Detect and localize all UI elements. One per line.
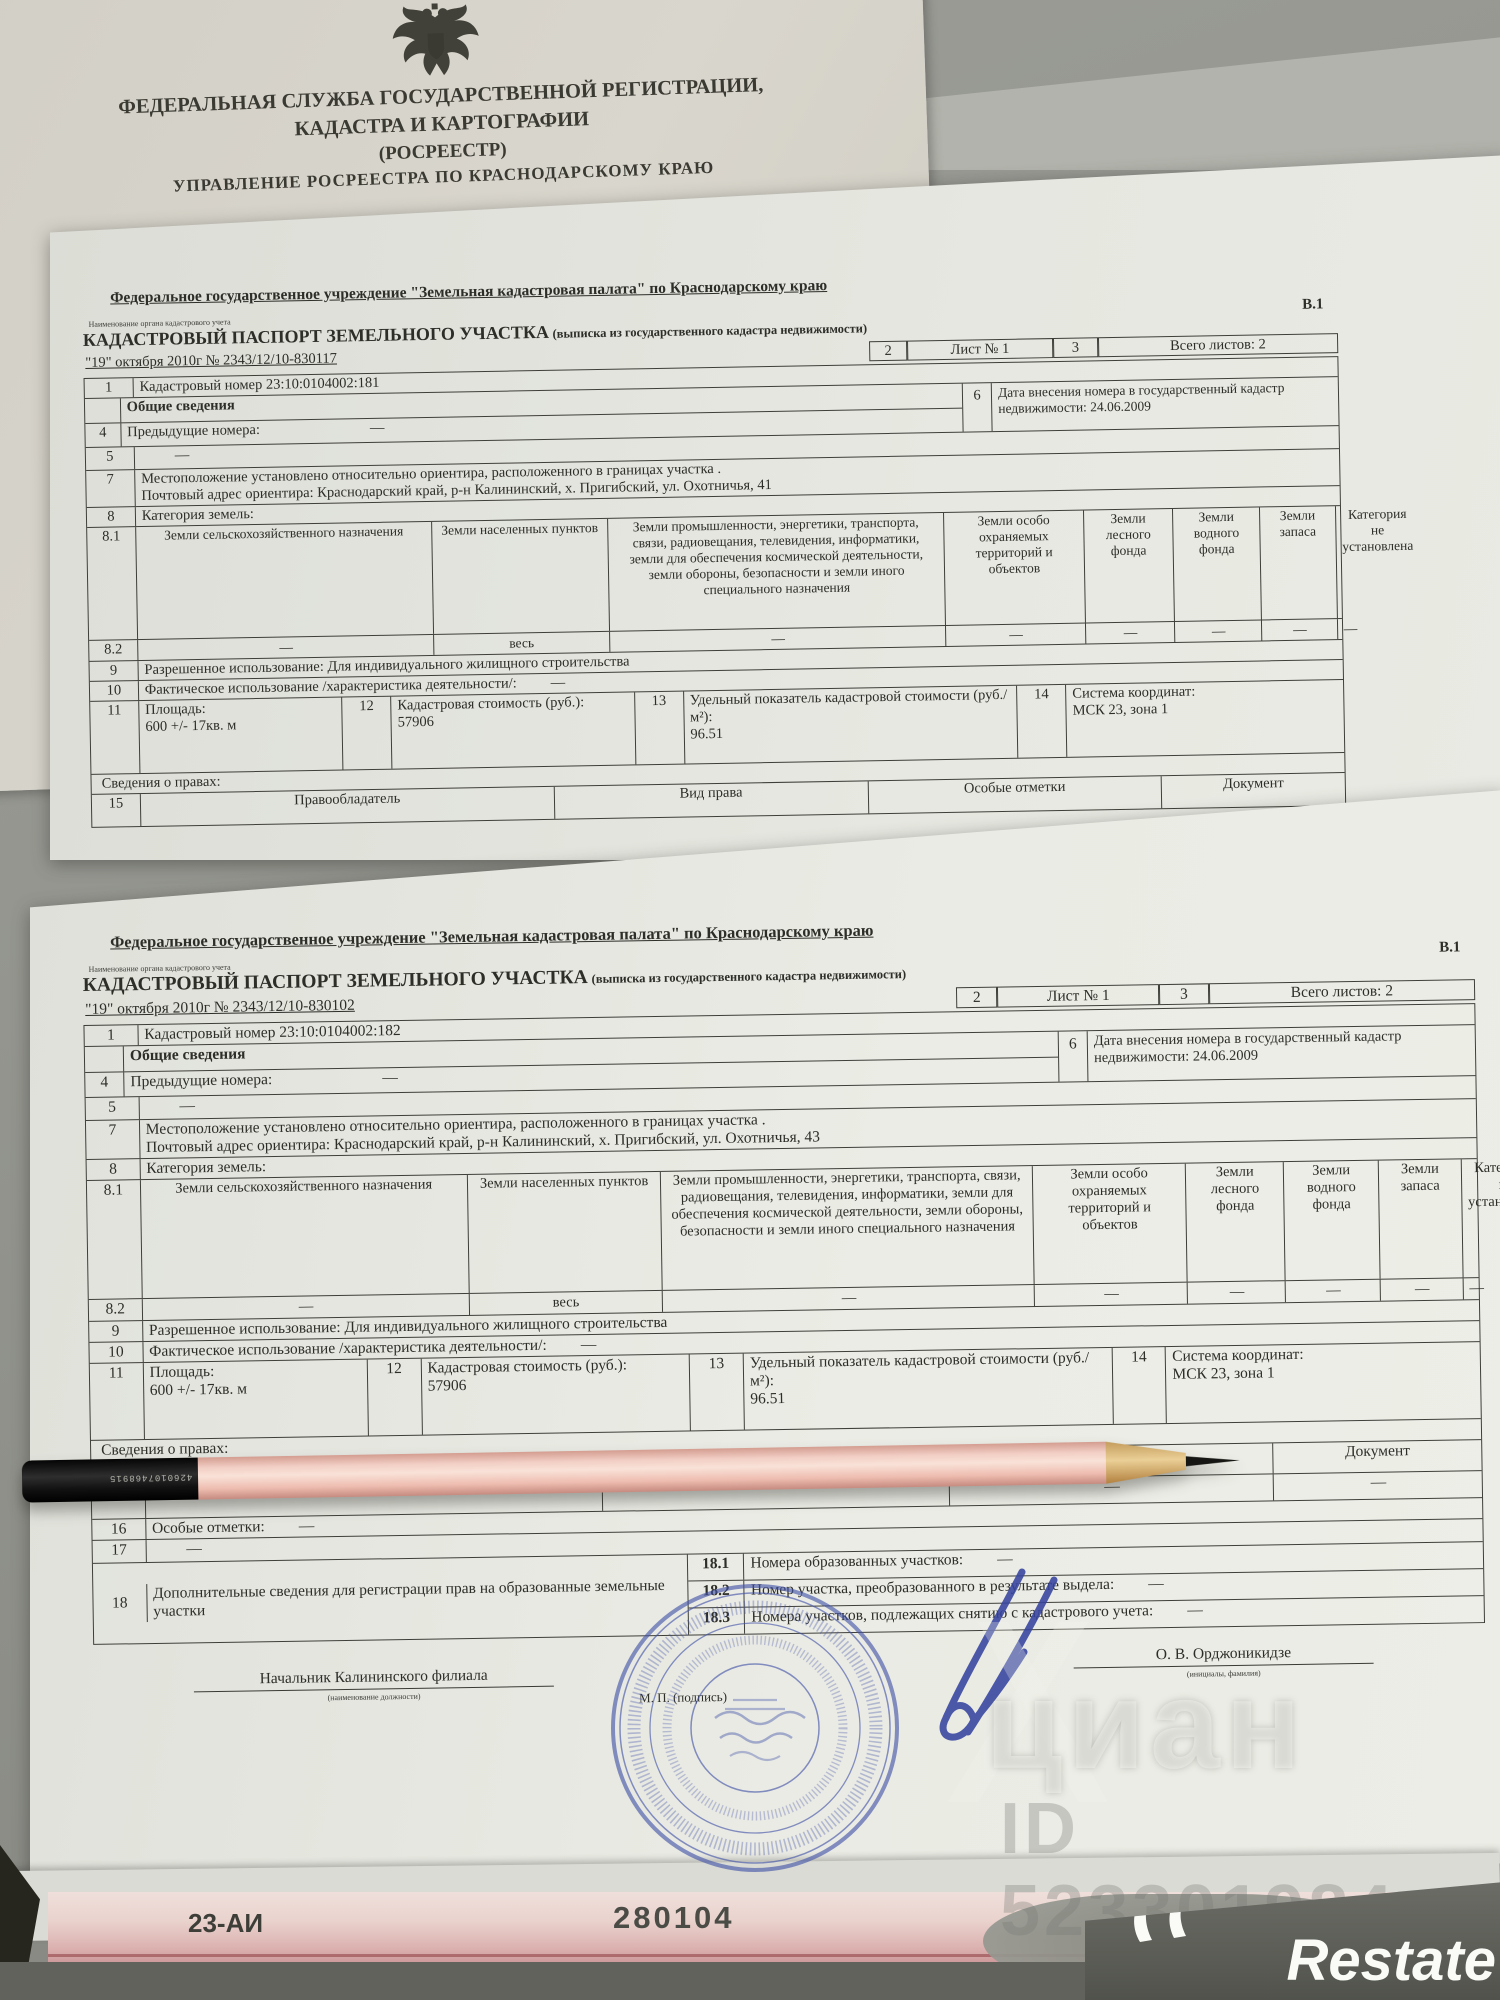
date-entry-box: 6 Дата внесения номера в государственный… — [1058, 1025, 1476, 1082]
pencil-black-end: 4260107468915 — [22, 1458, 199, 1503]
row-8-1-category-columns: 8.1 Земли сельскохозяйственного назначен… — [87, 1158, 1479, 1299]
pencil-barcode-digits: 4260107468915 — [109, 1472, 192, 1483]
form-code: В.1 — [1302, 296, 1324, 313]
coord-system-cell: Система координат:МСК 23, зона 1 — [1165, 1342, 1481, 1423]
certificate-series: 23-АИ — [188, 1908, 263, 1939]
date-entry: Дата внесения номера в государственный к… — [1087, 1025, 1476, 1081]
unit-cost-cell: Удельный показатель кадастровой стоимост… — [743, 1348, 1113, 1430]
cadastral-cost-cell: Кадастровая стоимость (руб.):57906 — [390, 692, 635, 768]
cadastral-passport-1: Федеральное государственное учреждение "… — [50, 155, 1500, 860]
category-value: весь — [433, 632, 609, 655]
restate-logo-text: Restate — [1286, 1927, 1496, 1994]
form-code: В.1 — [1439, 939, 1461, 956]
total-sheets: Всего листов: 2 — [1098, 333, 1339, 357]
header-cell-3: 3 — [1159, 983, 1209, 1005]
passport-table: 1 Кадастровый номер 23:10:0104002:181 Об… — [84, 356, 1347, 828]
cadastral-cost-cell: Кадастровая стоимость (руб.):57906 — [420, 1355, 690, 1435]
unit-cost-cell: Удельный показатель кадастровой стоимост… — [683, 686, 1018, 764]
round-blue-stamp — [605, 1578, 905, 1878]
header-cell-2: 2 — [956, 987, 997, 1009]
row-8-1-category-columns: 8.1 Земли сельскохозяйственного назначен… — [87, 505, 1342, 640]
passport-table: 1 Кадастровый номер 23:10:0104002:182 Об… — [83, 1003, 1485, 1645]
header-cell-3: 3 — [1053, 337, 1098, 358]
area-cell: Площадь:600 +/- 17кв. м — [138, 698, 343, 774]
official-position: Начальник Калининского филиала (наименов… — [194, 1666, 554, 1705]
pencil-sharpened-wood — [1106, 1440, 1187, 1483]
category-value: весь — [468, 1291, 662, 1315]
coord-system-cell: Система координат:МСК 23, зона 1 — [1065, 680, 1344, 757]
sheet-number: Лист № 1 — [997, 984, 1159, 1008]
sheet-number: Лист № 1 — [907, 338, 1054, 361]
header-cell-2: 2 — [869, 341, 906, 362]
area-cell: Площадь:600 +/- 17кв. м — [142, 1360, 367, 1440]
cian-watermark-text: циан — [985, 1652, 1306, 1797]
total-sheets: Всего листов: 2 — [1208, 979, 1475, 1004]
date-entry: Дата внесения номера в государственный к… — [991, 377, 1339, 431]
certificate-number: 280104 — [613, 1900, 734, 1936]
document-title-sub: (выписка из государственного кадастра не… — [592, 967, 907, 986]
pencil-lead-tip — [1186, 1454, 1240, 1468]
date-entry-box: 6 Дата внесения номера в государственный… — [962, 377, 1339, 432]
document-title-sub: (выписка из государственного кадастра не… — [552, 321, 867, 340]
coat-of-arms-eagle — [390, 2, 483, 79]
photo-of-cadastral-documents: ФЕДЕРАЛЬНАЯ СЛУЖБА ГОСУДАРСТВЕННОЙ РЕГИС… — [0, 0, 1500, 2000]
